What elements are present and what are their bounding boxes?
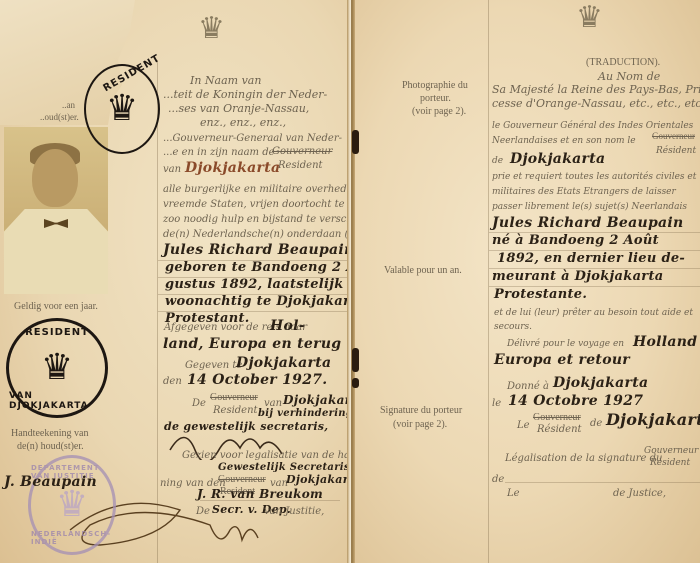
holder-photograph <box>4 127 108 294</box>
given-date: 14 October 1927. <box>187 372 327 388</box>
crown-crest-icon: ♛ <box>56 487 88 523</box>
fr-signatory-place: Djokjakarta <box>606 410 700 429</box>
crown-crest-icon: ♛ <box>41 350 73 386</box>
fr-governor-place: Djokjakarta <box>510 151 605 167</box>
fr-given-le-label: le <box>492 398 501 409</box>
fr-signatory-struck: Gouverneur <box>533 412 581 423</box>
legalisation-hand-title: Gewestelijk Secretaris <box>218 462 350 473</box>
fr-header-3: cesse d'Orange-Nassau, etc., etc., etc. <box>492 97 700 110</box>
governor-line-1: ...Gouverneur-Generaal van Neder- <box>163 133 342 144</box>
signatory-title-struck: Gouverneur <box>210 392 258 403</box>
holder-hand-line-2: geboren te Bandoeng 2 Au- <box>165 260 372 275</box>
fr-holder-3: 1892, en dernier lieu de- <box>497 251 685 266</box>
torn-line-1: ..an <box>62 100 75 110</box>
signature-label-1: Handteekening van <box>11 428 88 439</box>
governor-place-handwritten: Djokjakarta <box>185 160 280 176</box>
governor-title: Resident <box>278 160 323 171</box>
header-line-2: ...teit de Koningin der Neder- <box>163 88 327 101</box>
fr-holder-4: meurant à Djokjakarta <box>492 269 663 284</box>
coat-of-arms-icon: ♛ <box>198 14 225 44</box>
justice-stamp: ♛ DEPARTEMENT VAN JUSTITIE NEDERLANDSCH-… <box>28 455 116 555</box>
photo-label-3: (voir page 2). <box>412 106 466 117</box>
governor-title-struck: Gouverneur <box>272 146 332 157</box>
left-page-dutch: ♛ In Naam van ...teit de Koningin der Ne… <box>0 0 350 563</box>
column-divider <box>488 0 489 563</box>
signature-label-fr-1: Signature du porteur <box>380 405 462 416</box>
fr-assist-1: et de lui (leur) prêter au besoin tout a… <box>494 308 693 318</box>
fr-issued-label: Délivré pour le voyage en <box>507 339 624 349</box>
fr-legalisation-de: de <box>492 474 504 485</box>
fr-header-1: Au Nom de <box>598 70 660 83</box>
traduction-heading: (TRADUCTION). <box>586 57 660 68</box>
issued-for-hand-1: Hol- <box>270 318 305 334</box>
signatory-de-label: De <box>192 398 206 409</box>
governor-line-2: ...e en in zijn naam de <box>163 147 275 158</box>
given-at-label: Gegeven te <box>185 360 242 371</box>
fr-issued-hand-1: Holland <box>633 334 697 350</box>
fr-signatory-le: Le <box>517 420 530 431</box>
fr-given-date: 14 Octobre 1927 <box>508 393 643 409</box>
fr-legalisation-title-2: Résident <box>650 458 690 468</box>
resident-stamp: ♛ RESIDENT VAN DJOKJAKARTA <box>6 318 108 418</box>
coat-of-arms-icon: ♛ <box>576 3 603 33</box>
fr-legalisation-title-1: Gouverneur <box>644 446 698 456</box>
fr-holder-2: né à Bandoeng 2 Août <box>492 233 659 248</box>
binding-stitch <box>352 348 359 372</box>
fr-body-2: militaires des Etats Etrangers de laisse… <box>492 187 676 197</box>
signatory-note: bij verhindering <box>258 408 353 419</box>
fr-body-1: prie et requiert toutes les autorités ci… <box>492 172 696 182</box>
fr-title: Résident <box>656 146 696 156</box>
header-line-3: ...ses van Oranje-Nassau, <box>168 102 309 115</box>
given-den-label: den <box>163 376 182 387</box>
holder-hand-line-4: woonachtig te Djokjakarta <box>165 294 365 309</box>
book-spine <box>347 0 355 563</box>
signatory-title: Resident <box>213 405 258 416</box>
holder-hand-line-1: Jules Richard Beaupain <box>163 242 355 258</box>
header-line-4: enz., enz., enz., <box>200 116 286 129</box>
fr-title-struck: Gouverneur <box>652 131 695 141</box>
fr-given-label: Donné à <box>507 381 549 392</box>
photo-label-1: Photographie du <box>402 80 468 91</box>
left-validity: Geldig voor een jaar. <box>14 301 98 312</box>
right-validity: Valable pour un an. <box>384 265 462 276</box>
fr-given-place: Djokjakarta <box>553 375 648 391</box>
fr-de-label: de <box>492 156 503 166</box>
fr-header-2: Sa Majesté la Reine des Pays-Bas, Prin- <box>492 83 700 96</box>
photo-label-2: porteur. <box>420 93 451 104</box>
legalisation-struck-1: Gouverneur <box>218 474 266 485</box>
holder-signature: J. Beaupain <box>4 474 97 490</box>
fr-legalisation-le: Le <box>507 488 520 499</box>
fr-legalisation-line: Légalisation de la signature du <box>505 453 662 464</box>
header-line-1: In Naam van <box>190 74 261 87</box>
fr-holder-5: Protestante. <box>494 287 587 302</box>
fr-body-3: passer librement le(s) sujet(s) Neerland… <box>492 202 687 212</box>
resident-stamp-top: ♛ RESIDENT <box>84 64 160 154</box>
binding-stitch <box>352 378 359 388</box>
signature-label-fr-2: (voir page 2). <box>393 419 447 430</box>
governor-van-label: van <box>163 164 181 175</box>
fr-signatory-de: de <box>590 418 602 429</box>
fr-issued-hand-2: Europa et retour <box>494 352 630 368</box>
holder-hand-line-3: gustus 1892, laatstelijk <box>165 277 344 292</box>
fr-holder-1: Jules Richard Beaupain <box>492 215 684 231</box>
fr-governor-2: Neerlandaises et en son nom le <box>492 136 636 146</box>
torn-line-2: ..oud(st)er. <box>40 112 79 122</box>
crown-crest-icon: ♛ <box>106 91 138 127</box>
fr-signatory-title: Résident <box>537 424 582 435</box>
given-at-place: Djokjakarta <box>236 355 331 371</box>
fr-legalisation-justice: de Justice, <box>613 488 666 499</box>
binding-stitch <box>352 130 359 154</box>
fr-assist-2: secours. <box>494 322 532 332</box>
issued-for-hand-2: land, Europa en terug <box>163 336 341 352</box>
signature-label-2: de(n) houd(st)er. <box>17 441 84 452</box>
fr-governor-1: le Gouverneur Général des Indes Oriental… <box>492 121 693 131</box>
right-page-french: Photographie du porteur. (voir page 2). … <box>350 0 700 563</box>
